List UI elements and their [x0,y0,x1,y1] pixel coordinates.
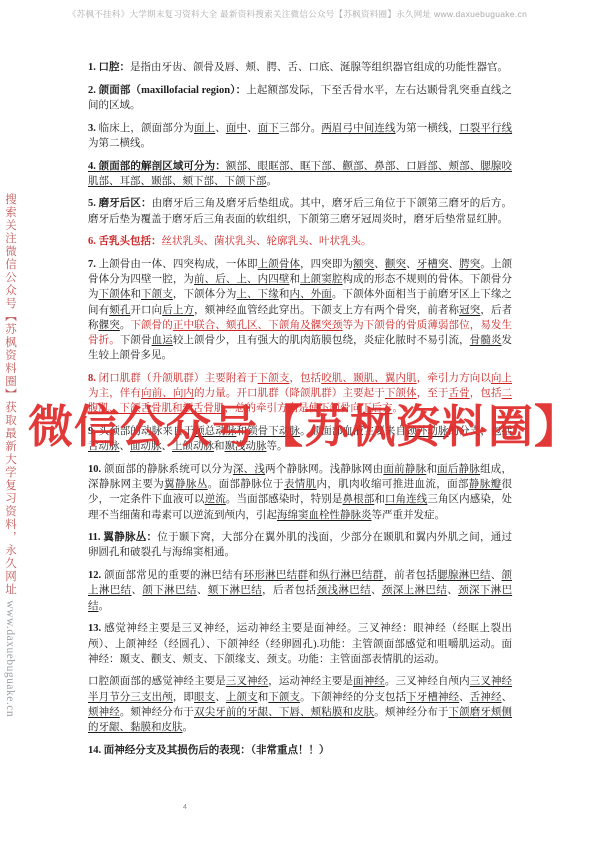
text-segment: 和 [289,274,300,285]
text-segment: 。 [120,320,131,331]
text-segment: 向上 [491,373,512,384]
text-segment: 下颌骨的 [130,320,172,331]
text-segment: 、 [215,123,226,134]
text-segment: 14. 面神经分支及其损伤后的表现：（非常重点！！） [88,745,330,756]
paragraph: 11. 翼静脉丛：位于颞下窝，大部分在翼外肌的浅面，少部分在颞肌和翼内外肌之间，… [88,530,512,560]
text-segment: ，包括 [289,373,321,384]
text-segment: 。 [267,176,278,187]
text-segment: 咬肌、颞肌、翼内肌 [321,373,416,384]
text-segment: 和 [236,426,247,437]
text-segment: 舌骨 [449,388,470,399]
text-segment: 口腔颌面部的感觉神经主要是 [88,676,226,687]
text-segment: 下颌骨 [120,335,152,346]
text-segment: ，至于 [417,388,449,399]
text-segment: 的力量。开口肌群（降颌肌群）主要起于 [194,388,385,399]
text-segment: 三叉神经 [226,676,268,687]
text-segment: 下颌体 [385,388,417,399]
text-segment: 、 [197,585,208,596]
text-segment: 海绵窦血栓性静脉炎 [277,510,372,521]
text-segment: 颌下淋巴结 [142,585,196,596]
text-segment: 、 [371,585,382,596]
text-segment: 7. [88,259,96,270]
text-segment: 血运 [152,335,173,346]
text-segment: 上颌骨由一体、四突构成，一体即 [96,259,258,270]
text-segment: 9. [88,426,96,437]
text-segment: 牙槽突 [417,259,449,270]
text-segment: 。 [393,403,404,414]
text-segment: 1. 口腔： [88,62,130,73]
text-segment: 口角连线 [385,494,427,505]
paragraph: 口腔颌面部的感觉神经主要是三叉神经，运动神经主要是面神经。三叉神经自颅内三叉神经… [88,674,512,735]
text-segment: 后上方 [162,305,194,316]
text-segment: 内、外面 [290,289,332,300]
text-segment: 下颌体 [99,289,131,300]
text-segment: 舌动脉 [88,441,120,452]
text-segment: 等。 [267,441,288,452]
text-segment: 、 [374,259,385,270]
text-segment: ，下颌体分为 [173,289,237,300]
text-segment: 6. 舌乳头包括： [88,236,162,247]
text-segment: 两眉弓中间连线 [321,123,395,134]
text-segment: ，四突即为 [300,259,353,270]
paragraph: 6. 舌乳头包括：丝状乳头、菌状乳头、轮廓乳头、叶状乳头。 [88,234,512,249]
text-segment: 下颌支 [268,692,300,703]
text-segment: 8. [88,373,96,384]
text-segment: 环形淋巴结群 [244,570,308,581]
paragraph: 9. 头颈部的动脉来自于颈总动脉和锁骨下动脉。颌面部血液主要来自颈外动脉的分支，… [88,424,512,454]
text-segment: 、 [491,570,502,581]
text-segment: 下后方 [361,403,393,414]
text-segment: ，总的牵引方向是使下颌骨向 [225,403,362,414]
text-segment: 10. [88,464,101,475]
text-segment: 上颌窦腔 [300,274,342,285]
paragraph: 7. 上颌骨由一体、四突构成，一体即上颌骨体，四突即为额突、颧突、牙槽突、腭突。… [88,257,512,363]
left-watermark-text: 搜索关注微信公众号【苏枫资料圈】获取最新大学复习资料，永久网址 [4,193,16,600]
text-segment: 鼻根部 [343,494,375,505]
document-body: 1. 口腔：是指由牙齿、颌骨及唇、颊、腭、舌、口底、涎腺等组织器官组成的功能性器… [88,60,512,765]
text-segment: 面动脉 [130,441,162,452]
paragraph: 10. 颌面部的静脉系统可以分为深、浅两个静脉网。浅静脉网由面前静脉和面后静脉组… [88,462,512,523]
text-segment: 。颌面部血液主要来自 [300,426,406,437]
text-segment: ，颏神经血管经此穿出。下颌支上方有两个骨突，前者称 [194,305,459,316]
text-segment: 。 [183,722,194,733]
text-segment: 颌面部的静脉系统可以分为 [101,464,233,475]
text-segment: 和 [426,464,437,475]
text-segment: ，后者包括 [262,585,316,596]
text-segment: 腭突 [459,259,480,270]
text-segment: 4. 颌面部的解剖区域可分为： [88,161,226,172]
text-segment: 闭口肌群（升颌肌群）主要附着于 [96,373,258,384]
text-segment: 开口向 [130,305,162,316]
text-segment: 锁骨下动脉 [247,426,300,437]
text-segment: 颏孔 [109,305,130,316]
text-segment: 、 [447,585,458,596]
text-segment: 颈总动脉 [194,426,236,437]
text-segment: 翼静脉丛 [164,479,208,490]
text-segment: 。下颌神经的分支包括 [300,692,406,703]
text-segment: 为主，伴有 [88,388,141,399]
text-segment: 口裂平行线 [459,123,512,134]
left-vertical-watermark: 搜索关注微信公众号【苏枫资料圈】获取最新大学复习资料，永久网址 www.daxu… [2,193,18,717]
text-segment: 、 [406,259,417,270]
text-segment: 是指由牙齿、颌骨及唇、颊、腭、舌、口底、涎腺等组织器官组成的功能性器官。 [130,62,508,73]
text-segment: ，前者包括 [383,570,437,581]
left-watermark-url: www.daxuebuguake.cn [4,600,16,717]
text-segment: ，运动神经主要是 [268,676,353,687]
paragraph: 4. 颌面部的解剖区域可分为：额部、眼眶部、眶下部、颧部、鼻部、口唇部、颊部、腮… [88,159,512,189]
text-segment: 上、下缘 [236,289,278,300]
text-segment: 下颌支 [141,289,173,300]
text-segment: 上颌动脉 [172,441,214,452]
text-segment: 表情肌 [284,479,317,490]
text-segment: 。颊神经分布于 [374,707,448,718]
text-segment: 13. [88,623,101,634]
text-segment: 、 [132,585,143,596]
text-segment: 双尖牙前的牙龈、下唇、颊粘膜和皮肤 [194,707,374,718]
text-segment: 临床上，颌面部分为 [96,123,194,134]
text-segment: 颈浅淋巴结 [317,585,371,596]
text-segment: 骨髓炎 [470,335,502,346]
text-segment: 正中联合、颏孔区、下颌角及髁突颈 [173,320,343,331]
paragraph: 3. 临床上，颌面部分为面上、面中、面下三部分。两眉弓中间连线为第一横线，口裂平… [88,121,512,151]
paragraph: 14. 面神经分支及其损伤后的表现：（非常重点！！） [88,743,512,758]
text-segment: 感觉神经主要是三叉神经，运动神经主要是面神经。三叉神经：眼神经（经眶上裂出颅）、… [88,623,512,664]
text-segment: 3. [88,123,96,134]
page-header-text: 《苏枫不挂科》大学期末复习资料大全 最新资料搜索关注微信公众号【苏枫资料圈】永久… [0,8,595,20]
text-segment: 髁突 [99,320,120,331]
text-segment: 面中 [226,123,247,134]
text-segment: 。 [99,601,110,612]
text-segment: 。颏神经分布于 [120,707,194,718]
text-segment: 下颌支 [258,373,290,384]
text-segment: 面上 [194,123,215,134]
text-segment: 上颌骨体 [258,259,300,270]
text-segment: 纵行淋巴结群 [319,570,383,581]
text-segment: 颊神经 [88,707,120,718]
text-segment: 的分支，包括 [449,426,513,437]
paragraph: 8. 闭口肌群（升颌肌群）主要附着于下颌支，包括咬肌、颞肌、翼内肌，牵引力方向以… [88,371,512,417]
text-segment: 等严重并发症。 [372,510,446,521]
page-number: 4 [183,804,187,811]
text-segment: 颌面部常见的重要的淋巴结有 [101,570,244,581]
text-segment: 5. 磨牙后区： [88,198,152,209]
text-segment: 腮腺淋巴结 [437,570,491,581]
text-segment: 三部分。 [279,123,321,134]
text-segment: 和 [258,692,269,703]
text-segment: 逆流 [205,494,226,505]
text-segment: 下牙槽神经 [406,692,459,703]
text-segment: 为第一横线， [396,123,460,134]
text-segment: 。当面部感染时，特别是 [226,494,343,505]
text-segment: 、 [449,259,460,270]
paragraph: 2. 颌面部（maxillofacial region）：上起额部发际，下至舌骨… [88,83,512,113]
text-segment: 眼支 [194,692,215,703]
text-segment: 和 [130,289,141,300]
text-segment: 由磨牙后三角及磨牙后垫组成。其中，磨牙后三角位于下颌第三磨牙的后方。磨牙后垫为覆… [88,198,512,224]
text-segment: 内，肌肉收缩可推进血流，面部 [317,479,469,490]
text-segment: 。面部静脉位于 [208,479,284,490]
text-segment: 较上颌骨少，且有强大的肌肉筋膜包绕，炎症化脓时不易引流， [173,335,470,346]
text-segment: 丝状乳头、菌状乳头、轮廓乳头、叶状乳头。 [162,236,372,247]
text-segment: 额突 [353,259,374,270]
text-segment: 12. [88,570,101,581]
text-segment: 和 [374,494,385,505]
text-segment: 面前静脉 [383,464,426,475]
text-segment: 舌神经 [470,692,502,703]
text-segment: 颏下淋巴结 [208,585,262,596]
text-segment: 和 [308,570,319,581]
text-segment: 、 [459,692,470,703]
text-segment: 。三叉神经自颅内 [385,676,470,687]
text-segment: 头颈部的动脉来自于 [96,426,194,437]
text-segment: 冠突 [459,305,480,316]
text-segment: 前、后、上、内四壁 [194,274,289,285]
text-segment: 上颌支 [226,692,258,703]
text-segment: ，包括 [470,388,502,399]
text-segment: ，即 [173,692,194,703]
text-segment: 颈外动脉 [406,426,448,437]
text-segment: 、 [247,123,258,134]
text-segment: 2. 颌面部（maxillofacial region）： [88,85,246,96]
text-segment: 深、浅 [233,464,265,475]
text-segment: 11. 翼静脉丛： [88,532,157,543]
text-segment: 和 [279,289,290,300]
text-segment: 面后静脉 [437,464,480,475]
text-segment: 颈深上淋巴结 [382,585,447,596]
text-segment: 面下 [258,123,279,134]
text-segment: 、 [215,692,226,703]
text-segment: 静脉瓣 [469,479,502,490]
text-segment: 、 [120,441,131,452]
text-segment: 向前、向内 [141,388,194,399]
paragraph: 5. 磨牙后区：由磨牙后三角及磨牙后垫组成。其中，磨牙后三角位于下颌第三磨牙的后… [88,196,512,226]
text-segment: 颞浅动脉 [225,441,267,452]
paragraph: 12. 颌面部常见的重要的淋巴结有环形淋巴结群和纵行淋巴结群，前者包括腮腺淋巴结… [88,568,512,614]
text-segment: 、 [162,441,173,452]
paragraph: 1. 口腔：是指由牙齿、颌骨及唇、颊、腭、舌、口底、涎腺等组织器官组成的功能性器… [88,60,512,75]
text-segment: ，牵引力方向以 [417,373,491,384]
paragraph: 13. 感觉神经主要是三叉神经，运动神经主要是面神经。三叉神经：眼神经（经眶上裂… [88,621,512,667]
text-segment: 面神经 [353,676,385,687]
text-segment: 、 [502,692,513,703]
text-segment: 为第二横线。 [88,138,151,149]
text-segment: 颧突 [385,259,406,270]
text-segment: 两个静脉网。浅静脉网由 [265,464,383,475]
text-segment: 和 [214,441,225,452]
